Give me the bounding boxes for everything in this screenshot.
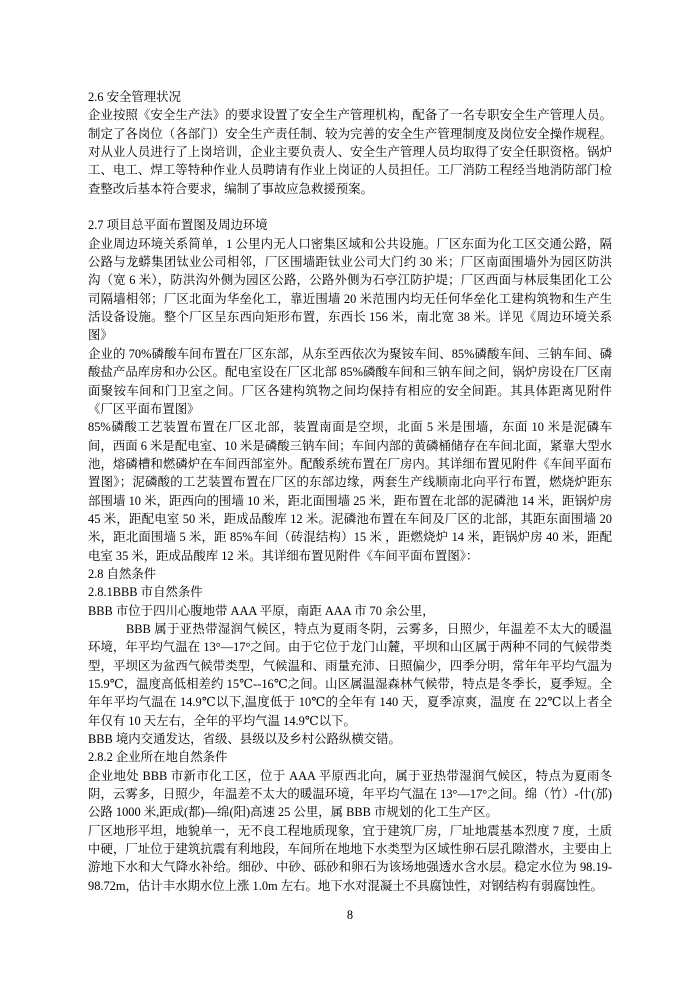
paragraph: 企业周边环境关系简单，1 公里内无人口密集区域和公共设施。厂区东面为化工区交通公… [88,235,612,345]
section-heading: 2.8.1BBB 市自然条件 [88,583,612,601]
paragraph: 85%磷酸工艺装置布置在厂区北部，装置南面是空坝，北面 5 米是围墙，东面 10… [88,418,612,565]
paragraph: BBB 属于亚热带湿润气候区，特点为夏雨冬阴，云雾多，日照少，年温差不太大的暖温… [88,620,612,730]
page-number: 8 [0,906,700,924]
paragraph: BBB 境内交通发达，省级、县级以及乡村公路纵横交错。 [88,730,612,748]
paragraph: 企业按照《安全生产法》的要求设置了安全生产管理机构，配备了一名专职安全生产管理人… [88,106,612,198]
section-heading: 2.8 自然条件 [88,565,612,583]
section-heading: 2.8.2 企业所在地自然条件 [88,748,612,766]
section-heading: 2.6 安全管理状况 [88,88,612,106]
paragraph: 企业地处 BBB 市新市化工区，位于 AAA 平原西北向，属于亚热带湿润气候区，… [88,767,612,822]
paragraph: 企业的 70%磷酸车间布置在厂区东部，从东至西依次为聚铵车间、85%磷酸车间、三… [88,345,612,418]
document-body: 2.6 安全管理状况企业按照《安全生产法》的要求设置了安全生产管理机构，配备了一… [88,88,612,895]
paragraph: BBB 市位于四川心腹地带 AAA 平原，南距 AAA 市 70 余公里， [88,602,612,620]
document-page: 2.6 安全管理状况企业按照《安全生产法》的要求设置了安全生产管理机构，配备了一… [0,0,700,990]
section-heading: 2.7 项目总平面布置图及周边环境 [88,216,612,234]
paragraph: 厂区地形平坦，地貌单一，无不良工程地质现象，宜于建筑厂房，厂址地震基本烈度 7 … [88,822,612,895]
blank-line [88,198,612,216]
